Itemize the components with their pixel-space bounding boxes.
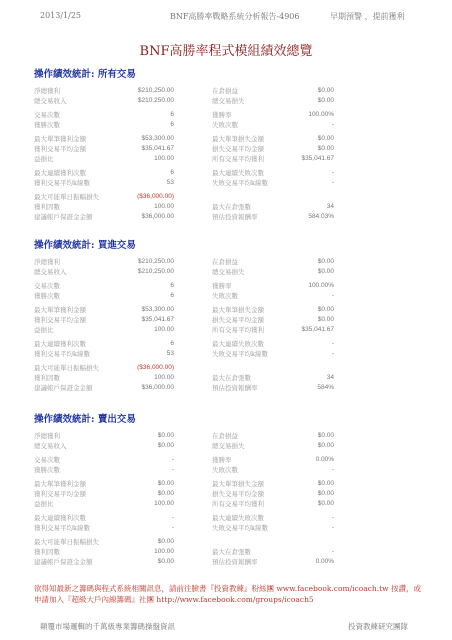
- stat-label: 淨總獲利: [34, 431, 60, 441]
- stat-value: 6: [170, 291, 174, 301]
- stat-row: 益損比100.00所有交易平均獲利$35,041.67: [34, 154, 334, 164]
- stat-label: 最大連續獲利次數: [34, 339, 86, 349]
- footer-left: 顛覆市場邏輯的千萬級專業籌碼操盤資訊: [40, 621, 175, 632]
- stat-label: 最大在倉張數: [212, 373, 251, 383]
- section-heading: 操作績效統計: 所有交易: [34, 66, 136, 80]
- stat-label: 獲利交易平均k線數: [34, 349, 90, 359]
- stat-label: 淨總獲利: [34, 86, 60, 96]
- stat-row: 獲勝次數6失敗次數-: [34, 291, 334, 301]
- stat-label: 最大單筆損失金額: [212, 134, 264, 144]
- stat-value: $0.00: [318, 305, 334, 315]
- stat-value: 6: [170, 339, 174, 349]
- stat-value: -: [332, 339, 334, 349]
- stat-label: 總交易損失: [212, 96, 245, 106]
- stat-label: 失敗次數: [212, 120, 238, 130]
- stat-label: 最大單筆損失金額: [212, 305, 264, 315]
- stat-row: 建議帳戶保證金金額$36,000.00預估投資報酬率584.03%: [34, 212, 334, 222]
- stat-row: 建議帳戶保證金金額$36,000.00預估投資報酬率584%: [34, 383, 334, 393]
- stat-label: 獲勝次數: [34, 120, 60, 130]
- stat-value: $210,250.00: [138, 257, 174, 267]
- stat-value: -: [172, 513, 174, 523]
- stat-label: 獲勝次數: [34, 465, 60, 475]
- stat-value: 584%: [317, 383, 334, 393]
- stat-row: 獲利交易平均k線數53失敗交易平均k線數-: [34, 349, 334, 359]
- stat-label: 建議帳戶保證金金額: [34, 383, 93, 393]
- stat-value: 100.00: [154, 547, 174, 557]
- stat-label: 獲勝率: [212, 110, 232, 120]
- stat-value: 100.00: [154, 202, 174, 212]
- footer-right: 投資教練研究團隊: [348, 621, 408, 632]
- stat-label: 最大單筆獲利金額: [34, 134, 86, 144]
- stat-label: 失敗次數: [212, 465, 238, 475]
- stat-value: $0.00: [318, 86, 334, 96]
- stat-row: 交易次數6獲勝率100.00%: [34, 110, 334, 120]
- stat-value: -: [332, 547, 334, 557]
- stat-label: 獲利因數: [34, 202, 60, 212]
- stat-value: ($36,000.00): [137, 363, 174, 373]
- stat-value: ($36,000.00): [137, 192, 174, 202]
- stat-value: -: [332, 291, 334, 301]
- stat-label: 所有交易平均獲利: [212, 325, 264, 335]
- stat-label: 最大可能單日振幅損失: [34, 192, 99, 202]
- stat-label: 失敗交易平均k線數: [212, 178, 268, 188]
- stat-value: 0.00%: [316, 455, 334, 465]
- stat-label: 最大在倉張數: [212, 202, 251, 212]
- stat-value: $0.00: [318, 96, 334, 106]
- stat-value: -: [332, 513, 334, 523]
- stat-value: $210,250.00: [138, 96, 174, 106]
- stat-row: 總交易收入$210,250.00總交易損失$0.00: [34, 96, 334, 106]
- stat-value: $35,041.67: [301, 325, 334, 335]
- stat-label: 失敗交易平均k線數: [212, 349, 268, 359]
- stat-value: $35,041.67: [141, 315, 174, 325]
- stat-value: -: [332, 178, 334, 188]
- stat-row: 總交易收入$210,250.00總交易損失$0.00: [34, 267, 334, 277]
- stat-row: 獲利交易平均金額$35,041.67損失交易平均金額$0.00: [34, 144, 334, 154]
- notice-text: 欲得知最新之籌碼與程式系統相關訊息，請前往臉書『投資教練』粉絲團 www.fac…: [34, 583, 424, 605]
- stat-label: 預估投資報酬率: [212, 557, 258, 567]
- stat-value: $0.00: [318, 257, 334, 267]
- stat-label: 益損比: [34, 154, 54, 164]
- stat-row: 最大可能單日振幅損失($36,000.00): [34, 192, 334, 202]
- stat-label: 益損比: [34, 499, 54, 509]
- stat-row: 淨總獲利$210,250.00在倉損益$0.00: [34, 257, 334, 267]
- stat-row: 最大單筆獲利金額$53,300.00最大單筆損失金額$0.00: [34, 134, 334, 144]
- stat-label: 失敗次數: [212, 291, 238, 301]
- report-title: BNF高勝率戰略系統分析報告-4906: [170, 11, 300, 22]
- stat-value: 34: [327, 202, 334, 212]
- stat-row: 最大連續獲利次數-最大連續失敗次數-: [34, 513, 334, 523]
- stat-label: 最大連續失敗次數: [212, 513, 264, 523]
- stat-value: 6: [170, 120, 174, 130]
- section-heading: 操作績效統計: 賣出交易: [34, 411, 136, 425]
- stat-label: 淨總獲利: [34, 257, 60, 267]
- stat-row: 交易次數-獲勝率0.00%: [34, 455, 334, 465]
- stat-value: -: [172, 465, 174, 475]
- stat-value: -: [332, 168, 334, 178]
- stat-value: $0.00: [318, 315, 334, 325]
- stat-label: 在倉損益: [212, 257, 238, 267]
- stat-row: 最大單筆獲利金額$53,300.00最大單筆損失金額$0.00: [34, 305, 334, 315]
- stat-label: 最大單筆損失金額: [212, 479, 264, 489]
- stat-value: $0.00: [318, 134, 334, 144]
- stat-row: 最大單筆獲利金額$0.00最大單筆損失金額$0.00: [34, 479, 334, 489]
- stat-label: 失敗交易平均k線數: [212, 523, 268, 533]
- stat-label: 最大可能單日振幅損失: [34, 537, 99, 547]
- stat-row: 益損比100.00所有交易平均獲利$35,041.67: [34, 325, 334, 335]
- stat-label: 獲利因數: [34, 547, 60, 557]
- stat-value: 34: [327, 373, 334, 383]
- stat-value: 100.00%: [308, 281, 334, 291]
- stat-value: 6: [170, 281, 174, 291]
- stat-value: $0.00: [318, 431, 334, 441]
- stat-value: -: [172, 523, 174, 533]
- stat-label: 最大連續失敗次數: [212, 339, 264, 349]
- stat-label: 最大連續獲利次數: [34, 513, 86, 523]
- stat-value: 100.00: [154, 154, 174, 164]
- stat-row: 獲利因數100.00最大在倉張數34: [34, 373, 334, 383]
- stat-value: $0.00: [158, 489, 174, 499]
- stat-value: 100.00: [154, 373, 174, 383]
- stat-label: 最大在倉張數: [212, 547, 251, 557]
- stat-label: 獲利交易平均金額: [34, 489, 86, 499]
- stat-value: $0.00: [318, 144, 334, 154]
- section-heading: 操作績效統計: 買進交易: [34, 237, 136, 251]
- stat-row: 益損比100.00所有交易平均獲利$0.00: [34, 499, 334, 509]
- stat-row: 獲勝次數-失敗次數-: [34, 465, 334, 475]
- stat-value: 53: [167, 178, 174, 188]
- stat-value: $35,041.67: [141, 144, 174, 154]
- stat-label: 所有交易平均獲利: [212, 154, 264, 164]
- report-date: 2013/1/25: [40, 11, 81, 20]
- stat-label: 交易次數: [34, 455, 60, 465]
- stat-value: $53,300.00: [141, 305, 174, 315]
- stat-label: 交易次數: [34, 110, 60, 120]
- stat-value: 100.00: [154, 499, 174, 509]
- stat-row: 獲利交易平均k線數-失敗交易平均k線數-: [34, 523, 334, 533]
- stat-value: $0.00: [158, 431, 174, 441]
- stat-label: 在倉損益: [212, 86, 238, 96]
- stat-value: $0.00: [158, 441, 174, 451]
- stat-row: 總交易收入$0.00總交易損失$0.00: [34, 441, 334, 451]
- stat-value: -: [332, 349, 334, 359]
- stat-value: -: [332, 120, 334, 130]
- stat-value: $0.00: [158, 557, 174, 567]
- stat-value: $0.00: [318, 441, 334, 451]
- stat-value: $0.00: [318, 267, 334, 277]
- stat-value: $0.00: [158, 537, 174, 547]
- stat-label: 獲勝率: [212, 455, 232, 465]
- stat-label: 損失交易平均金額: [212, 489, 264, 499]
- stat-row: 獲勝次數6失敗次數-: [34, 120, 334, 130]
- stat-label: 總交易收入: [34, 267, 67, 277]
- stat-row: 交易次數6獲勝率100.00%: [34, 281, 334, 291]
- stat-label: 益損比: [34, 325, 54, 335]
- stat-label: 獲勝次數: [34, 291, 60, 301]
- stat-label: 預估投資報酬率: [212, 212, 258, 222]
- stat-value: $53,300.00: [141, 134, 174, 144]
- stat-row: 淨總獲利$0.00在倉損益$0.00: [34, 431, 334, 441]
- stat-row: 獲利交易平均k線數53失敗交易平均k線數-: [34, 178, 334, 188]
- stat-value: $210,250.00: [138, 267, 174, 277]
- stat-value: $36,000.00: [141, 212, 174, 222]
- stat-label: 建議帳戶保證金金額: [34, 557, 93, 567]
- stat-row: 最大可能單日振幅損失($36,000.00): [34, 363, 334, 373]
- stat-value: $0.00: [318, 499, 334, 509]
- stat-value: -: [172, 455, 174, 465]
- stat-value: 584.03%: [308, 212, 334, 222]
- stat-label: 損失交易平均金額: [212, 144, 264, 154]
- stat-label: 最大連續失敗次數: [212, 168, 264, 178]
- stat-value: $0.00: [158, 479, 174, 489]
- stat-row: 淨總獲利$210,250.00在倉損益$0.00: [34, 86, 334, 96]
- stat-value: $0.00: [318, 479, 334, 489]
- stat-label: 獲利交易平均金額: [34, 144, 86, 154]
- stat-label: 所有交易平均獲利: [212, 499, 264, 509]
- stat-row: 獲利交易平均金額$35,041.67損失交易平均金額$0.00: [34, 315, 334, 325]
- stat-value: $210,250.00: [138, 86, 174, 96]
- stat-value: -: [332, 465, 334, 475]
- stat-label: 總交易收入: [34, 441, 67, 451]
- stat-label: 總交易損失: [212, 267, 245, 277]
- stat-value: 100.00%: [308, 110, 334, 120]
- stat-value: 0.00%: [316, 557, 334, 567]
- stat-label: 損失交易平均金額: [212, 315, 264, 325]
- report-tagline: 早期預警 、提前獲利: [330, 11, 405, 22]
- stat-label: 最大連續獲利次數: [34, 168, 86, 178]
- stat-label: 總交易收入: [34, 96, 67, 106]
- stat-label: 預估投資報酬率: [212, 383, 258, 393]
- stat-label: 最大可能單日振幅損失: [34, 363, 99, 373]
- stat-label: 獲勝率: [212, 281, 232, 291]
- stat-label: 獲利交易平均金額: [34, 315, 86, 325]
- stat-row: 獲利交易平均金額$0.00損失交易平均金額$0.00: [34, 489, 334, 499]
- stat-row: 最大可能單日振幅損失$0.00: [34, 537, 334, 547]
- stat-label: 獲利因數: [34, 373, 60, 383]
- stat-value: $36,000.00: [141, 383, 174, 393]
- stat-label: 最大單筆獲利金額: [34, 305, 86, 315]
- stat-label: 獲利交易平均k線數: [34, 178, 90, 188]
- stat-label: 最大單筆獲利金額: [34, 479, 86, 489]
- stat-label: 在倉損益: [212, 431, 238, 441]
- stat-value: 53: [167, 349, 174, 359]
- stat-value: $0.00: [318, 489, 334, 499]
- stat-row: 最大連續獲利次數6最大連續失敗次數-: [34, 339, 334, 349]
- stat-value: $35,041.67: [301, 154, 334, 164]
- stat-row: 獲利因數100.00最大在倉張數34: [34, 202, 334, 212]
- stat-value: 100.00: [154, 325, 174, 335]
- stat-row: 獲利因數100.00最大在倉張數-: [34, 547, 334, 557]
- stat-row: 最大連續獲利次數6最大連續失敗次數-: [34, 168, 334, 178]
- stat-label: 總交易損失: [212, 441, 245, 451]
- stat-label: 獲利交易平均k線數: [34, 523, 90, 533]
- page-title: BNF高勝率程式模組績效總覽: [0, 40, 452, 59]
- stat-label: 建議帳戶保證金金額: [34, 212, 93, 222]
- stat-value: -: [332, 523, 334, 533]
- stat-value: 6: [170, 168, 174, 178]
- stat-value: 6: [170, 110, 174, 120]
- stat-row: 建議帳戶保證金金額$0.00預估投資報酬率0.00%: [34, 557, 334, 567]
- stat-label: 交易次數: [34, 281, 60, 291]
